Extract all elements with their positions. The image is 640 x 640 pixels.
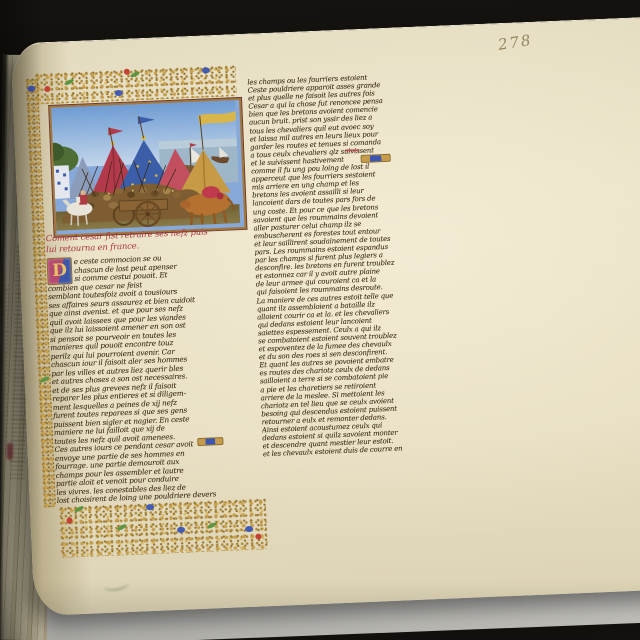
red-ink-correction: [345, 149, 359, 151]
border-flower: [39, 375, 50, 383]
bottom-vine-border: [58, 497, 268, 558]
border-flower: [255, 533, 261, 539]
border-flower: [115, 90, 123, 96]
miniature-illustration: [49, 98, 246, 237]
faint-pencil-mark: [102, 576, 130, 592]
line-filler-ornament: [361, 154, 391, 163]
border-flower: [146, 504, 154, 510]
manuscript-page: 278: [11, 16, 640, 616]
text-column-left: e ceste commocion se ouchascun de lost p…: [47, 251, 255, 506]
border-flower: [74, 505, 85, 513]
border-flower: [207, 521, 218, 529]
border-flower: [202, 67, 210, 73]
line-filler-ornament: [197, 437, 223, 446]
border-flower: [124, 69, 130, 75]
text-column-right: les champs ou les fourriers estoientCest…: [247, 69, 485, 458]
border-flower: [44, 86, 50, 92]
border-flower: [117, 523, 128, 531]
folio-number: 278: [497, 31, 534, 54]
border-flower: [27, 86, 35, 92]
border-flower: [64, 78, 75, 86]
border-flower: [245, 526, 253, 532]
manuscript-photograph: 278: [0, 0, 640, 640]
border-flower: [130, 70, 141, 78]
red-edge-mark: [7, 443, 13, 460]
border-flower: [177, 527, 185, 533]
border-flower: [66, 517, 72, 523]
edge-ghost-text: [1, 285, 10, 455]
miniature-scene: [51, 100, 240, 231]
